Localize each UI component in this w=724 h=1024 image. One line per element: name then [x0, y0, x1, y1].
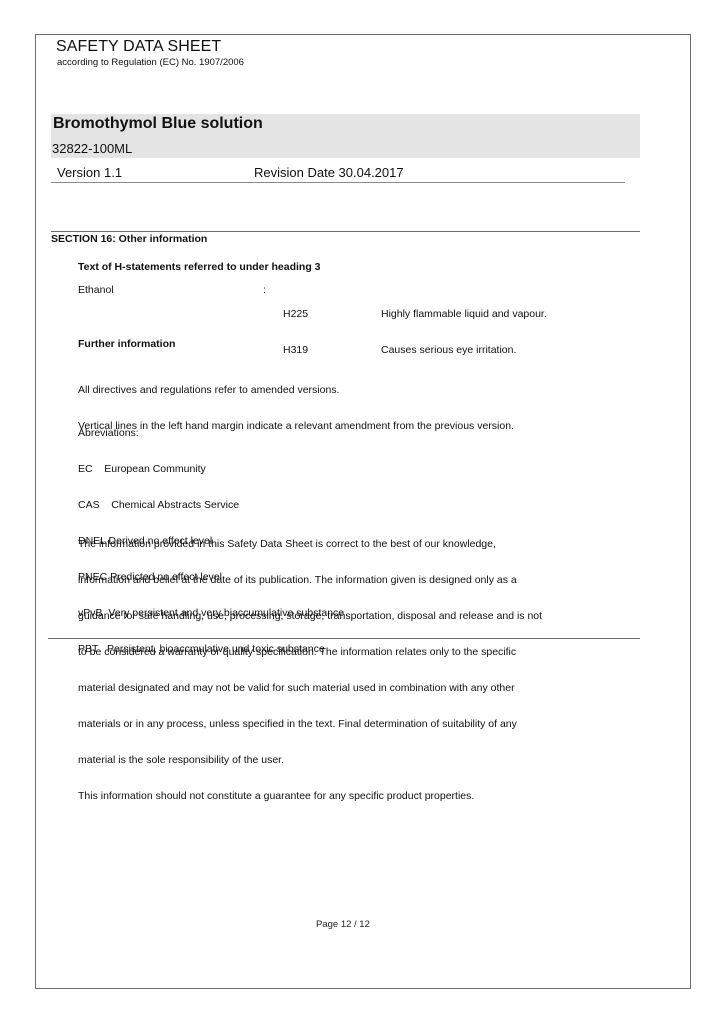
document-title: SAFETY DATA SHEET — [56, 38, 221, 56]
h-statement-code: H225 — [283, 308, 308, 320]
h-statement-code: H319 — [283, 344, 308, 356]
disclaimer-line: to be considered a warranty or quality s… — [78, 646, 542, 658]
abbreviation-item: CAS Chemical Abstracts Service — [78, 499, 344, 511]
disclaimer-paragraph: The information provided in this Safety … — [78, 514, 542, 814]
further-information-subheading: Further information — [78, 338, 175, 350]
revision-date: Revision Date 30.04.2017 — [254, 165, 404, 180]
section-end-divider — [48, 638, 640, 639]
section-heading: SECTION 16: Other information — [51, 233, 207, 245]
disclaimer-line: material is the sole responsibility of t… — [78, 754, 542, 766]
h-statement-separator: : — [263, 284, 266, 296]
disclaimer-line: materials or in any process, unless spec… — [78, 718, 542, 730]
section-divider — [51, 231, 640, 232]
h-statement-text: Highly flammable liquid and vapour. — [381, 308, 547, 320]
product-number: 32822-100ML — [52, 141, 132, 156]
further-information-line: All directives and regulations refer to … — [78, 384, 514, 396]
h-statement-codes: H225 H319 — [283, 284, 308, 368]
regulation-subtitle: according to Regulation (EC) No. 1907/20… — [57, 57, 244, 68]
abbreviations-title: Abreviations: — [78, 427, 344, 439]
disclaimer-line: information and belief at the date of it… — [78, 574, 542, 586]
version-label: Version 1.1 — [57, 165, 122, 180]
page-number: Page 12 / 12 — [316, 919, 370, 930]
disclaimer-line: material designated and may not be valid… — [78, 682, 542, 694]
disclaimer-line: This information should not constitute a… — [78, 790, 542, 802]
product-name: Bromothymol Blue solution — [53, 115, 263, 133]
h-statement-text: Causes serious eye irritation. — [381, 344, 547, 356]
abbreviation-item: EC European Community — [78, 463, 344, 475]
disclaimer-line: guidance for safe handling, use, process… — [78, 610, 542, 622]
h-statements-subheading: Text of H-statements referred to under h… — [78, 261, 321, 273]
h-statement-descriptions: Highly flammable liquid and vapour. Caus… — [381, 284, 547, 368]
h-statement-substance: Ethanol — [78, 284, 114, 296]
disclaimer-line: The information provided in this Safety … — [78, 538, 542, 550]
